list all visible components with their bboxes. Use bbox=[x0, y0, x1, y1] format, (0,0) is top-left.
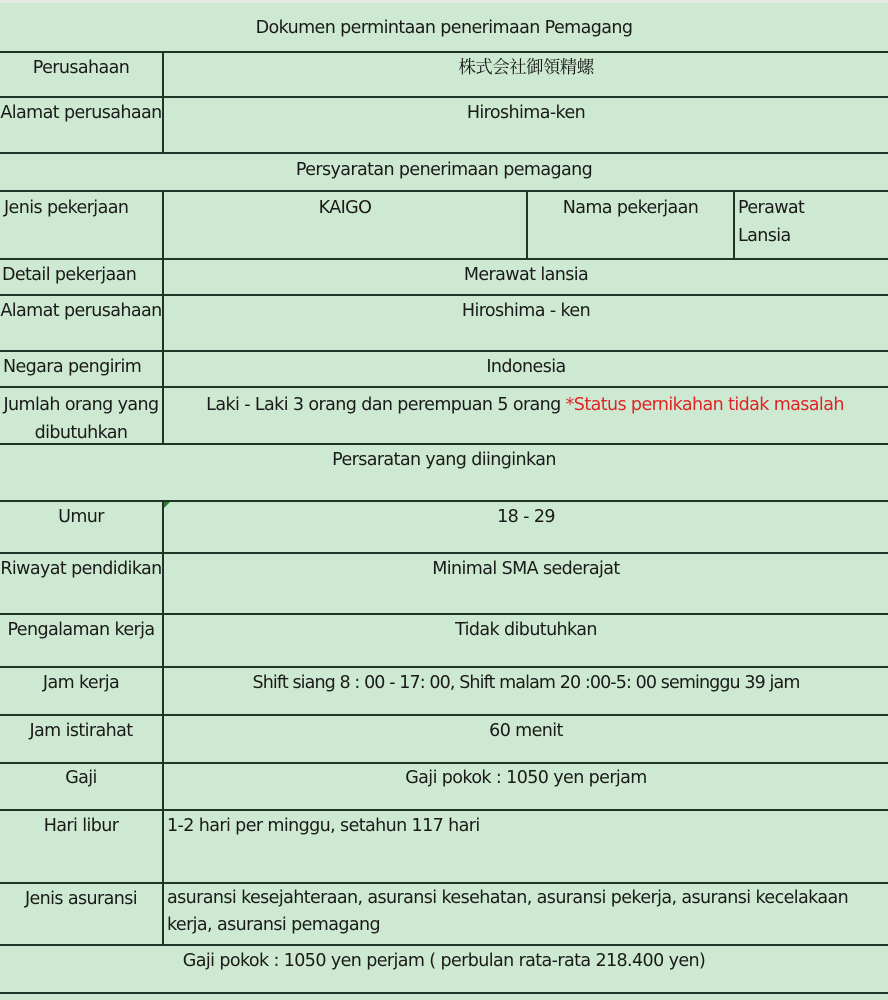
break-value: 60 menit bbox=[164, 717, 888, 745]
top-strip bbox=[0, 0, 888, 3]
headcount-note: *Status pernikahan tidak masalah bbox=[566, 395, 844, 415]
age-label: Umur bbox=[0, 503, 162, 531]
work-address-label: Alamat perusahaan bbox=[0, 297, 162, 325]
company-address-label: Alamat perusahaan bbox=[0, 99, 162, 127]
grid-line bbox=[0, 714, 888, 716]
holiday-value: 1-2 hari per minggu, setahun 117 hari bbox=[164, 812, 888, 840]
company-address-value: Hiroshima-ken bbox=[164, 99, 888, 127]
job-name-value: Perawat Lansia bbox=[735, 194, 845, 250]
grid-line bbox=[0, 51, 888, 53]
salary-label: Gaji bbox=[0, 764, 162, 792]
grid-line bbox=[0, 809, 888, 811]
footer-salary-summary: Gaji pokok : 1050 yen perjam ( perbulan … bbox=[0, 947, 888, 975]
insurance-value: asuransi kesejahteraan, asuransi kesehat… bbox=[164, 885, 854, 939]
grid-line bbox=[0, 96, 888, 98]
grid-line bbox=[0, 294, 888, 296]
document-title: Dokumen permintaan penerimaan Pemagang bbox=[0, 14, 888, 42]
grid-line bbox=[0, 613, 888, 615]
job-detail-label: Detail pekerjaan bbox=[2, 261, 162, 289]
experience-label: Pengalaman kerja bbox=[0, 616, 162, 666]
grid-line bbox=[0, 258, 888, 260]
headcount-value-cell: Laki - Laki 3 orang dan perempuan 5 oran… bbox=[180, 391, 870, 419]
age-value: 18 - 29 bbox=[164, 503, 888, 531]
job-type-label: Jenis pekerjaan bbox=[4, 194, 162, 222]
grid-line bbox=[0, 386, 888, 388]
grid-line bbox=[0, 500, 888, 502]
job-type-value: KAIGO bbox=[164, 194, 526, 222]
holiday-label: Hari libur bbox=[0, 812, 162, 840]
grid-line bbox=[0, 152, 888, 154]
section-desired-heading: Persaratan yang diinginkan bbox=[0, 446, 888, 474]
headcount-label: Jumlah orang yang dibutuhkan bbox=[0, 391, 162, 447]
insurance-label: Jenis asuransi bbox=[0, 885, 162, 913]
education-value: Minimal SMA sederajat bbox=[164, 555, 888, 583]
work-hours-value: Shift siang 8 : 00 - 17: 00, Shift malam… bbox=[164, 669, 888, 697]
company-value: 株式会社御領精螺 bbox=[164, 54, 888, 82]
section-requirements-heading: Persyaratan penerimaan pemagang bbox=[0, 156, 888, 184]
salary-value: Gaji pokok : 1050 yen perjam bbox=[164, 764, 888, 792]
experience-value: Tidak dibutuhkan bbox=[164, 616, 888, 644]
sending-country-label: Negara pengirim bbox=[3, 353, 162, 381]
job-detail-value: Merawat lansia bbox=[164, 261, 888, 289]
education-label: Riwayat pendidikan bbox=[0, 555, 162, 583]
company-label: Perusahaan bbox=[0, 54, 162, 82]
grid-line bbox=[0, 992, 888, 994]
sending-country-value: Indonesia bbox=[164, 353, 888, 381]
grid-line bbox=[0, 190, 888, 192]
work-hours-label: Jam kerja bbox=[0, 669, 162, 697]
break-label: Jam istirahat bbox=[0, 717, 162, 745]
grid-line bbox=[0, 666, 888, 668]
job-name-label: Nama pekerjaan bbox=[528, 194, 733, 222]
grid-line bbox=[0, 350, 888, 352]
grid-line bbox=[0, 882, 888, 884]
work-address-value: Hiroshima - ken bbox=[164, 297, 888, 325]
grid-line bbox=[0, 552, 888, 554]
grid-line bbox=[0, 944, 888, 946]
headcount-value: Laki - Laki 3 orang dan perempuan 5 oran… bbox=[206, 395, 561, 415]
